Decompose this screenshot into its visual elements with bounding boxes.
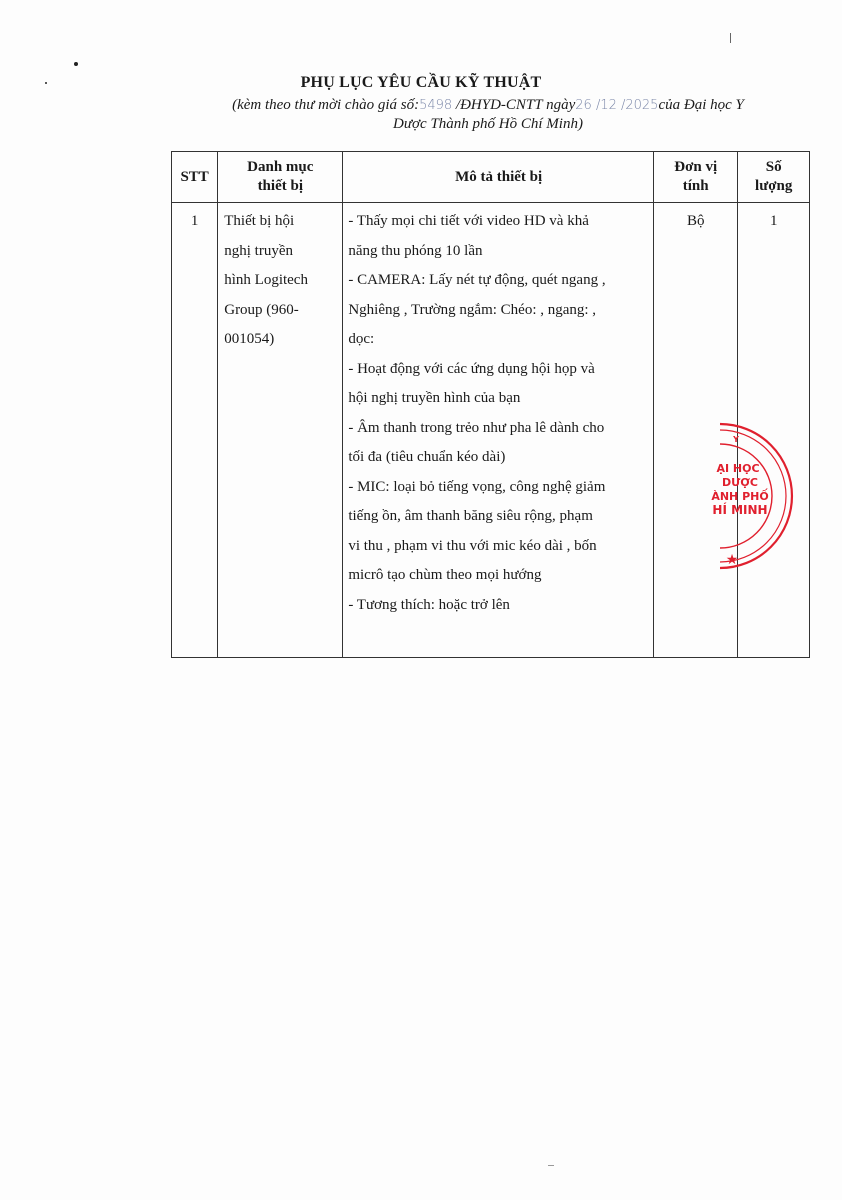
category-line: hình Logitech	[224, 266, 342, 296]
category-line: nghị truyền	[224, 237, 342, 267]
description-line: - CAMERA: Lấy nét tự động, quét ngang ,	[348, 266, 649, 296]
requirements-table: STT Danh mục thiết bị Mô tả thiết bị Đơn…	[171, 151, 810, 658]
scan-speck	[74, 62, 78, 66]
header-text: lượng	[755, 178, 792, 194]
header-unit: Đơn vị tính	[653, 152, 737, 203]
cell-unit: Bộ	[653, 203, 737, 658]
subtitle-text: (kèm theo thư mời chào giá số:	[232, 97, 419, 113]
description-line: - MIC: loại bỏ tiếng vọng, công nghệ giả…	[348, 473, 649, 503]
description-line: Nghiêng , Trường ngắm: Chéo: , ngang: ,	[348, 296, 649, 326]
description-line: dọc:	[348, 325, 649, 355]
header-text: tính	[683, 178, 709, 194]
scan-speck	[730, 33, 731, 43]
cell-quantity: 1	[738, 203, 810, 658]
header-category: Danh mục thiết bị	[218, 152, 343, 203]
description-line: tiếng ồn, âm thanh băng siêu rộng, phạm	[348, 502, 649, 532]
document-title: PHỤ LỤC YÊU CẦU KỸ THUẬT	[0, 74, 842, 92]
description-line: - Âm thanh trong trẻo như pha lê dành ch…	[348, 414, 649, 444]
subtitle-text: của Đại học Y	[658, 97, 743, 113]
description-line: năng thu phóng 10 lần	[348, 237, 649, 267]
handwritten-number: 5498	[419, 98, 452, 113]
table-header-row: STT Danh mục thiết bị Mô tả thiết bị Đơn…	[172, 152, 810, 203]
header-text: Số	[766, 159, 782, 175]
header-stt: STT	[172, 152, 218, 203]
description-line: vi thu , phạm vi thu với mic kéo dài , b…	[348, 532, 649, 562]
cell-description: - Thấy mọi chi tiết với video HD và khả …	[343, 203, 654, 658]
table-row: 1 Thiết bị hội nghị truyền hình Logitech…	[172, 203, 810, 658]
scan-speck	[548, 1165, 554, 1166]
category-line: 001054)	[224, 325, 342, 355]
cell-stt: 1	[172, 203, 218, 658]
category-line: Group (960-	[224, 296, 342, 326]
header-text: Danh mục	[247, 159, 313, 175]
header-text: Đơn vị	[674, 159, 717, 175]
document-subtitle: (kèm theo thư mời chào giá số:5498 /ĐHYD…	[178, 96, 798, 134]
description-line: hội nghị truyền hình của bạn	[348, 384, 649, 414]
header-quantity: Số lượng	[738, 152, 810, 203]
description-line: - Hoạt động với các ứng dụng hội họp và	[348, 355, 649, 385]
cell-category: Thiết bị hội nghị truyền hình Logitech G…	[218, 203, 343, 658]
category-line: Thiết bị hội	[224, 207, 342, 237]
subtitle-text: /ĐHYD-CNTT ngày	[452, 97, 575, 113]
description-line: - Tương thích: hoặc trở lên	[348, 591, 649, 621]
header-description: Mô tả thiết bị	[343, 152, 654, 203]
description-line: tối đa (tiêu chuẩn kéo dài)	[348, 443, 649, 473]
subtitle-text: Dược Thành phố Hồ Chí Minh)	[393, 116, 583, 132]
description-line: micrô tạo chùm theo mọi hướng	[348, 561, 649, 591]
handwritten-date: 26 /12 /2025	[575, 98, 658, 113]
description-line: - Thấy mọi chi tiết với video HD và khả	[348, 207, 649, 237]
header-text: thiết bị	[258, 178, 303, 194]
